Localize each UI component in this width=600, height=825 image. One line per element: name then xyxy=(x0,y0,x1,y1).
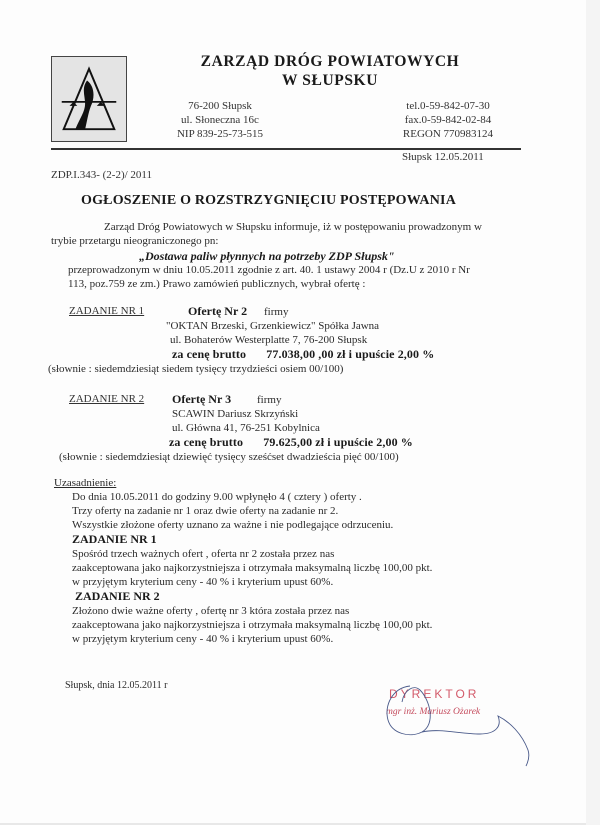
intro-line-1: Zarząd Dróg Powiatowych w Słupsku inform… xyxy=(104,220,482,234)
task-2-label: ZADANIE NR 2 xyxy=(69,393,144,405)
justification-task-2-heading: ZADANIE NR 2 xyxy=(75,589,160,604)
task-1-address: ul. Bohaterów Westerplatte 7, 76-200 Słu… xyxy=(170,333,367,347)
task-2-discount: 2,00 % xyxy=(376,435,413,449)
justification-task-2-line-2: zaakceptowana jako najkorzystniejsza i o… xyxy=(72,618,432,632)
price-label: za cenę brutto xyxy=(172,347,246,361)
task-2-offer: Ofertę Nr 3 xyxy=(172,392,231,407)
justification-task-1-line-3: w przyjętym kryterium ceny - 40 % i kryt… xyxy=(72,575,333,589)
task-2-firm-word: firmy xyxy=(257,393,281,407)
task-2-price: 79.625,00 xyxy=(263,435,312,449)
postal-address: 76-200 Słupsk ul. Słoneczna 16c NIP 839-… xyxy=(160,99,280,141)
road-triangle-logo-icon xyxy=(51,56,127,142)
justification-task-2-line-3: w przyjętym kryterium ceny - 40 % i kryt… xyxy=(72,632,333,646)
task-2-company: SCAWIN Dariusz Skrzyński xyxy=(172,407,298,421)
task-1-label: ZADANIE NR 1 xyxy=(69,305,144,317)
contact-info: tel.0-59-842-07-30 fax.0-59-842-02-84 RE… xyxy=(393,99,503,141)
justification-line-3: Wszystkie złożone oferty uznano za ważne… xyxy=(72,518,393,532)
task-1-price: 77.038,00 ,00 xyxy=(266,347,333,361)
task-1-in-words: (słownie : siedemdziesiąt siedem tysięcy… xyxy=(48,362,343,376)
handwritten-signature-icon xyxy=(380,680,550,770)
justification-line-2: Trzy oferty na zadanie nr 1 oraz dwie of… xyxy=(72,504,338,518)
justification-task-1-line-1: Spośród trzech ważnych ofert , oferta nr… xyxy=(72,547,334,561)
justification-heading: Uzasadnienie: xyxy=(54,476,116,490)
organization-name: ZARZĄD DRÓG POWIATOWYCH W SŁUPSKU xyxy=(180,52,480,90)
justification-task-1-heading: ZADANIE NR 1 xyxy=(72,532,157,547)
justification-line-1: Do dnia 10.05.2011 do godziny 9.00 wpłyn… xyxy=(72,490,362,504)
project-name: „Dostawa paliw płynnych na potrzeby ZDP … xyxy=(139,249,395,264)
issue-date: Słupsk 12.05.2011 xyxy=(402,151,484,163)
task-2-address: ul. Główna 41, 76-251 Kobylnica xyxy=(172,421,320,435)
task-1-offer: Ofertę Nr 2 xyxy=(188,304,247,319)
closing-place-date: Słupsk, dnia 12.05.2011 r xyxy=(65,679,167,693)
reference-number: ZDP.I.343- (2-2)/ 2011 xyxy=(51,169,152,181)
legal-basis-line-1: przeprowadzonym w dniu 10.05.2011 zgodni… xyxy=(68,263,470,277)
org-name-line2: W SŁUPSKU xyxy=(180,71,480,90)
legal-basis-line-2: 113, poz.759 ze zm.) Prawo zamówień publ… xyxy=(68,277,365,291)
document-title: OGŁOSZENIE O ROZSTRZYGNIĘCIU POSTĘPOWANI… xyxy=(81,193,456,209)
justification-task-1-line-2: zaakceptowana jako najkorzystniejsza i o… xyxy=(72,561,432,575)
org-name-line1: ZARZĄD DRÓG POWIATOWYCH xyxy=(180,52,480,71)
scan-edge xyxy=(586,0,600,825)
header-divider xyxy=(51,148,521,150)
task-1-company: "OKTAN Brzeski, Grzenkiewicz" Spółka Jaw… xyxy=(166,319,379,333)
task-2-in-words: (słownie : siedemdziesiąt dziewięć tysię… xyxy=(59,450,399,464)
intro-line-2: trybie przetargu nieograniczonego pn: xyxy=(51,234,218,248)
task-2-price-row: za cenę brutto 79.625,00 zł i upuście 2,… xyxy=(169,435,413,450)
price-label: za cenę brutto xyxy=(169,435,243,449)
task-1-discount: 2,00 % xyxy=(398,347,435,361)
justification-task-2-line-1: Złożono dwie ważne oferty , ofertę nr 3 … xyxy=(72,604,349,618)
task-1-price-row: za cenę brutto 77.038,00 ,00 zł i upuści… xyxy=(172,347,434,362)
task-1-firm-word: firmy xyxy=(264,305,288,319)
